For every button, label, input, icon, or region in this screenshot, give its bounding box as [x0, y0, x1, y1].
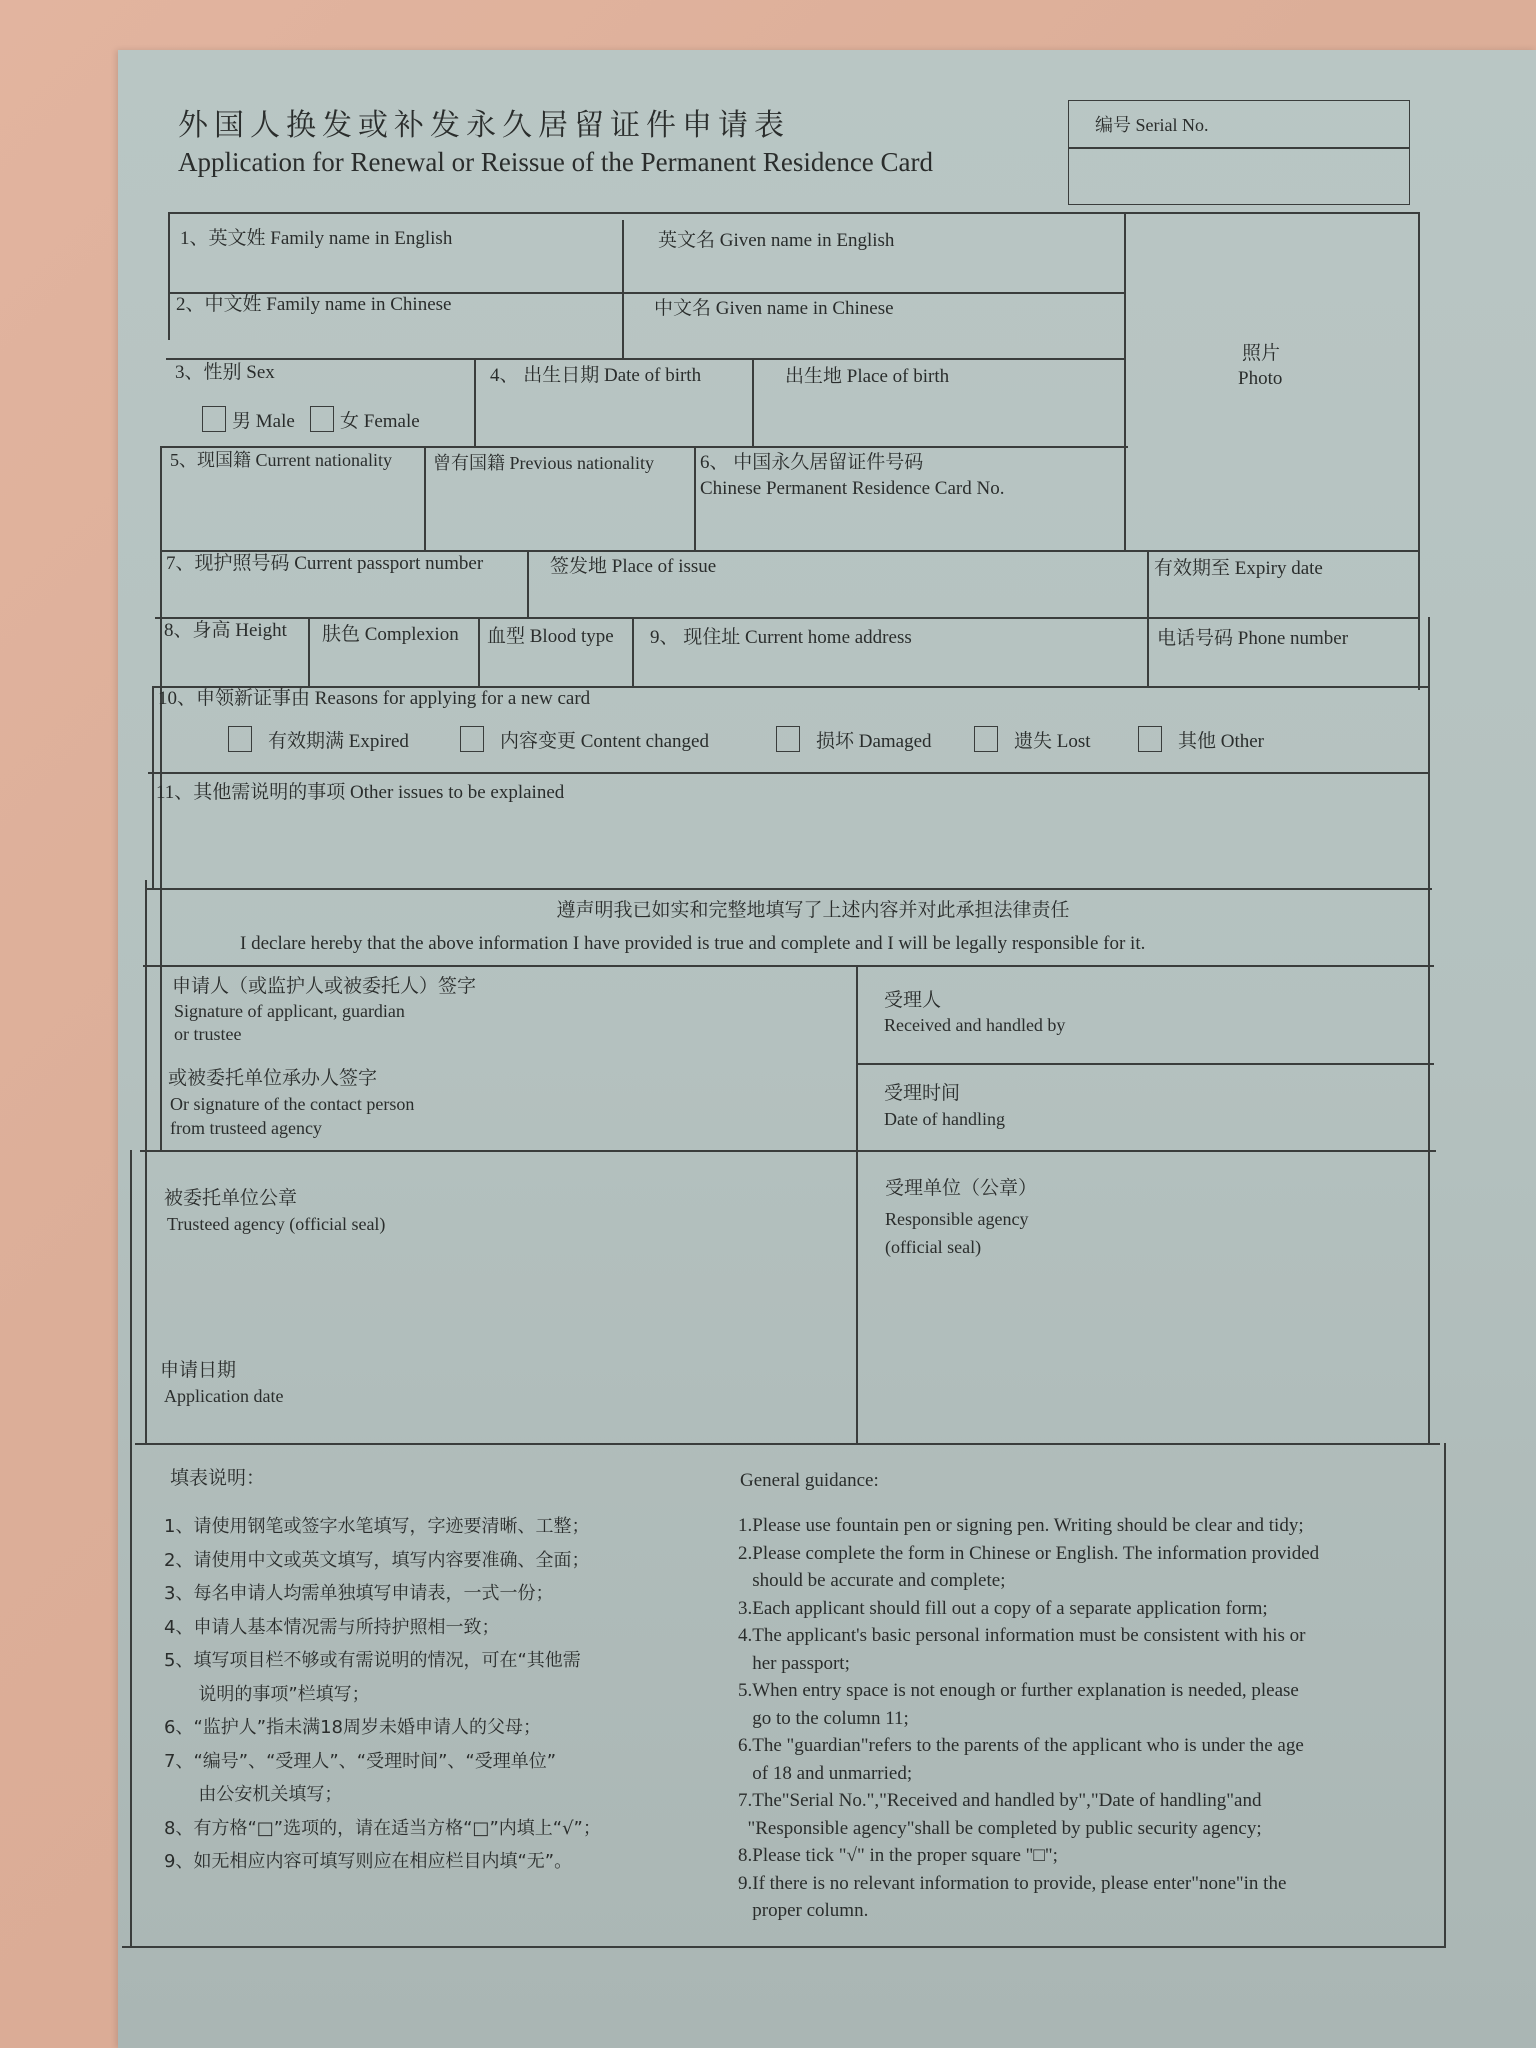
- grid-line: [166, 358, 1124, 360]
- guidance-line: 8.Please tick "√" in the proper square "…: [738, 1842, 1319, 1870]
- grid-line: [856, 1063, 1434, 1065]
- label-complexion: 肤色 Complexion: [322, 624, 459, 647]
- guidance-line: 7.The"Serial No.","Received and handled …: [738, 1787, 1319, 1815]
- label-contact-signature-en1: Or signature of the contact person: [170, 1094, 414, 1116]
- label-family-name-en: 1、英文姓 Family name in English: [180, 228, 452, 251]
- label-prc-no-cn: 6、 中国永久居留证件号码: [700, 452, 923, 475]
- guidance-line: go to the column 11;: [738, 1705, 1319, 1733]
- guidance-line: 6.The "guardian"refers to the parents of…: [738, 1732, 1319, 1760]
- guidance-line: 1.Please use fountain pen or signing pen…: [738, 1512, 1319, 1540]
- label-sex: 3、性别 Sex: [175, 362, 275, 385]
- label-home-address: 9、 现住址 Current home address: [650, 627, 912, 650]
- guidance-line: proper column.: [738, 1897, 1319, 1925]
- grid-line: [152, 686, 154, 888]
- grid-line: [1124, 212, 1126, 550]
- reason-label: 损坏 Damaged: [816, 731, 932, 752]
- grid-line: [140, 1150, 1436, 1152]
- grid-line: [160, 550, 1420, 552]
- form-title-en: Application for Renewal or Reissue of th…: [178, 146, 933, 178]
- guidance-line: of 18 and unmarried;: [738, 1760, 1319, 1788]
- serial-number-box: 编号 Serial No.: [1068, 100, 1410, 205]
- label-phone: 电话号码 Phone number: [1157, 628, 1348, 651]
- label-responsible-agency-en1: Responsible agency: [885, 1209, 1028, 1231]
- grid-line: [155, 617, 1420, 619]
- declaration-cn: 遵声明我已如实和完整地填写了上述内容并对此承担法律责任: [0, 900, 1536, 923]
- reason-option[interactable]: 损坏 Damaged: [776, 726, 932, 754]
- declaration-en: I declare hereby that the above informat…: [240, 933, 1145, 956]
- label-blood-type: 血型 Blood type: [487, 626, 614, 649]
- guidance-line: her passport;: [738, 1650, 1319, 1678]
- grid-line: [122, 1946, 1446, 1948]
- guidance-line: 6、“监护人”指未满18周岁未婚申请人的父母；: [164, 1711, 601, 1745]
- label-prc-no-en: Chinese Permanent Residence Card No.: [700, 478, 1004, 501]
- label-contact-signature-en2: from trusteed agency: [170, 1118, 322, 1140]
- checkbox[interactable]: [974, 726, 998, 752]
- guidance-line: 1、请使用钢笔或签字水笔填写，字迹要清晰、工整；: [164, 1510, 601, 1544]
- label-dob: 4、 出生日期 Date of birth: [490, 365, 701, 388]
- label-family-name-cn: 2、中文姓 Family name in Chinese: [176, 294, 451, 317]
- serial-label: 编号 Serial No.: [1095, 115, 1208, 137]
- grid-line: [148, 772, 1430, 774]
- grid-line: [1428, 617, 1430, 1445]
- label-responsible-agency-cn: 受理单位（公章）: [885, 1178, 1037, 1201]
- reason-label: 有效期满 Expired: [268, 731, 409, 752]
- grid-line: [130, 1150, 132, 1946]
- grid-line: [143, 965, 1434, 967]
- guidance-line: 2.Please complete the form in Chinese or…: [738, 1540, 1319, 1568]
- guidance-en-title: General guidance:: [740, 1470, 879, 1493]
- label-responsible-agency-en2: (official seal): [885, 1237, 981, 1259]
- reason-label: 内容变更 Content changed: [500, 731, 709, 752]
- label-handling-date-cn: 受理时间: [884, 1083, 960, 1106]
- label-application-date-en: Application date: [164, 1386, 283, 1408]
- reason-option[interactable]: 遗失 Lost: [974, 726, 1091, 754]
- grid-line: [162, 446, 1128, 448]
- label-handling-date-en: Date of handling: [884, 1109, 1005, 1131]
- checkbox-male[interactable]: [202, 406, 226, 432]
- grid-line: [168, 212, 170, 340]
- label-given-name-en: 英文名 Given name in English: [658, 230, 894, 253]
- guidance-line: 由公安机关填写；: [164, 1778, 601, 1812]
- reason-option[interactable]: 其他 Other: [1138, 726, 1264, 754]
- guidance-line: 8、有方格“□”选项的，请在适当方格“□”内填上“√”；: [164, 1812, 601, 1846]
- label-application-date-cn: 申请日期: [160, 1360, 236, 1383]
- reason-option[interactable]: 有效期满 Expired: [228, 726, 409, 754]
- guidance-line: 9.If there is no relevant information to…: [738, 1870, 1319, 1898]
- checkbox[interactable]: [776, 726, 800, 752]
- guidance-line: 2、请使用中文或英文填写，填写内容要准确、全面；: [164, 1544, 601, 1578]
- label-previous-nationality: 曾有国籍 Previous nationality: [433, 453, 654, 475]
- label-photo-en: Photo: [1238, 368, 1282, 391]
- guidance-en-list: 1.Please use fountain pen or signing pen…: [738, 1512, 1319, 1925]
- grid-line: [145, 888, 1432, 890]
- guidance-line: 7、“编号”、“受理人”、“受理时间”、“受理单位”: [164, 1745, 601, 1779]
- grid-line: [1444, 1443, 1446, 1946]
- grid-line: [474, 358, 476, 446]
- checkbox[interactable]: [460, 726, 484, 752]
- guidance-line: 3.Each applicant should fill out a copy …: [738, 1595, 1319, 1623]
- grid-line: [135, 1443, 1440, 1445]
- label-photo-cn: 照片: [1241, 343, 1281, 366]
- grid-line: [1147, 550, 1149, 686]
- label-passport-no: 7、现护照号码 Current passport number: [166, 553, 483, 576]
- sex-male-option[interactable]: 男 Male: [202, 406, 295, 434]
- checkbox-female[interactable]: [310, 406, 334, 432]
- reason-label: 遗失 Lost: [1014, 731, 1091, 752]
- label-applicant-signature-en1: Signature of applicant, guardian: [174, 1001, 405, 1023]
- label-place-of-issue: 签发地 Place of issue: [550, 556, 716, 579]
- guidance-line: should be accurate and complete;: [738, 1567, 1319, 1595]
- grid-line: [168, 212, 1418, 214]
- label-given-name-cn: 中文名 Given name in Chinese: [654, 298, 894, 321]
- label-received-en: Received and handled by: [884, 1015, 1065, 1037]
- label-expiry-date: 有效期至 Expiry date: [1154, 558, 1323, 581]
- reason-option[interactable]: 内容变更 Content changed: [460, 726, 709, 754]
- guidance-line: 5、填写项目栏不够或有需说明的情况，可在“其他需: [164, 1644, 601, 1678]
- guidance-line: 9、如无相应内容可填写则应在相应栏目内填“无”。: [164, 1845, 601, 1879]
- grid-line: [308, 617, 310, 686]
- sex-female-option[interactable]: 女 Female: [310, 406, 420, 434]
- guidance-cn-list: 1、请使用钢笔或签字水笔填写，字迹要清晰、工整；2、请使用中文或英文填写，填写内…: [164, 1510, 601, 1879]
- label-pob: 出生地 Place of birth: [785, 366, 949, 389]
- guidance-line: 3、每名申请人均需单独填写申请表，一式一份；: [164, 1577, 601, 1611]
- grid-line: [694, 446, 696, 550]
- checkbox[interactable]: [1138, 726, 1162, 752]
- grid-line: [478, 617, 480, 686]
- label-contact-signature-cn: 或被委托单位承办人签字: [168, 1068, 377, 1091]
- label-current-nationality: 5、现国籍 Current nationality: [170, 450, 392, 472]
- serial-field[interactable]: [1073, 153, 1403, 197]
- label-height: 8、身高 Height: [164, 620, 287, 643]
- grid-line: [622, 220, 624, 358]
- checkbox[interactable]: [228, 726, 252, 752]
- guidance-cn-title: 填表说明：: [170, 1468, 265, 1491]
- grid-line: [527, 550, 529, 617]
- guidance-line: "Responsible agency"shall be completed b…: [738, 1815, 1319, 1843]
- grid-line: [752, 358, 754, 446]
- grid-line: [632, 617, 634, 686]
- label-received-cn: 受理人: [884, 990, 941, 1013]
- guidance-line: 4.The applicant's basic personal informa…: [738, 1622, 1319, 1650]
- grid-line: [856, 965, 858, 1443]
- guidance-line: 说明的事项”栏填写；: [164, 1678, 601, 1712]
- guidance-line: 4、申请人基本情况需与所持护照相一致；: [164, 1611, 601, 1645]
- form-title-cn: 外国人换发或补发永久居留证件申请表: [178, 108, 790, 144]
- grid-line: [424, 446, 426, 550]
- label-agency-seal-cn: 被委托单位公章: [164, 1188, 297, 1211]
- label-agency-seal-en: Trusteed agency (official seal): [167, 1214, 385, 1236]
- label-reasons: 10、申领新证事由 Reasons for applying for a new…: [158, 688, 590, 711]
- reason-label: 其他 Other: [1178, 731, 1264, 752]
- label-other-issues: 11、其他需说明的事项 Other issues to be explained: [156, 782, 564, 805]
- label-applicant-signature-en2: or trustee: [174, 1024, 241, 1046]
- guidance-line: 5.When entry space is not enough or furt…: [738, 1677, 1319, 1705]
- grid-line: [145, 880, 147, 1443]
- label-applicant-signature-cn: 申请人（或监护人或被委托人）签字: [172, 976, 476, 999]
